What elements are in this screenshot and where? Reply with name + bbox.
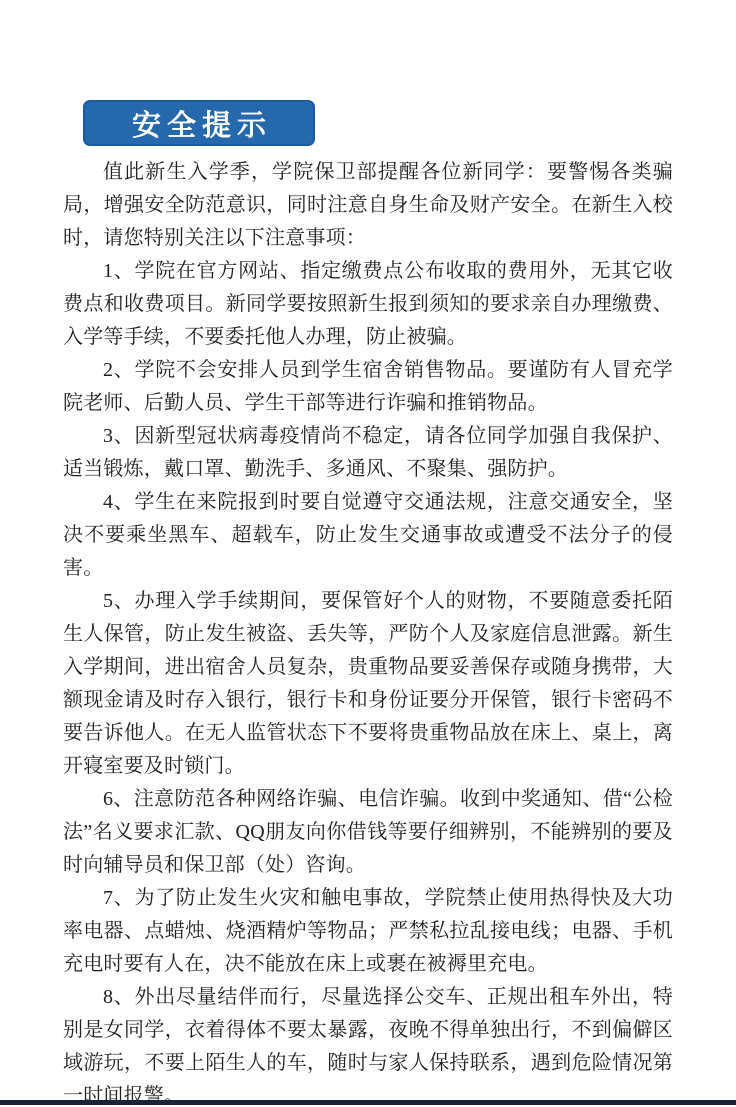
section-title-label: 安全提示 [126,103,272,144]
footer-divider-bar [0,1100,736,1105]
paragraph-item-1: 1、学院在官方网站、指定缴费点公布收取的费用外，无其它收费点和收费项目。新同学要… [63,255,673,354]
paragraph-item-7: 7、为了防止发生火灾和触电事故，学院禁止使用热得快及大功率电器、点蜡烛、烧酒精炉… [63,882,673,981]
paragraph-item-6: 6、注意防范各种网络诈骗、电信诈骗。收到中奖通知、借“公检法”名义要求汇款、QQ… [63,783,673,882]
paragraph-intro: 值此新生入学季，学院保卫部提醒各位新同学：要警惕各类骗局，增强安全防范意识，同时… [63,156,673,255]
paragraph-item-4: 4、学生在来院报到时要自觉遵守交通法规，注意交通安全，坚决不要乘坐黑车、超载车，… [63,486,673,585]
paragraph-item-5: 5、办理入学手续期间，要保管好个人的财物，不要随意委托陌生人保管，防止发生被盗、… [63,585,673,783]
document-page: 安全提示 值此新生入学季，学院保卫部提醒各位新同学：要警惕各类骗局，增强安全防范… [0,0,736,1107]
notice-body: 值此新生入学季，学院保卫部提醒各位新同学：要警惕各类骗局，增强安全防范意识，同时… [63,156,673,1107]
paragraph-item-2: 2、学院不会安排人员到学生宿舍销售物品。要谨防有人冒充学院老师、后勤人员、学生干… [63,354,673,420]
section-title-badge: 安全提示 [83,100,315,146]
paragraph-item-3: 3、因新型冠状病毒疫情尚不稳定，请各位同学加强自我保护、适当锻炼，戴口罩、勤洗手… [63,420,673,486]
paragraph-item-8: 8、外出尽量结伴而行，尽量选择公交车、正规出租车外出，特别是女同学，衣着得体不要… [63,981,673,1107]
